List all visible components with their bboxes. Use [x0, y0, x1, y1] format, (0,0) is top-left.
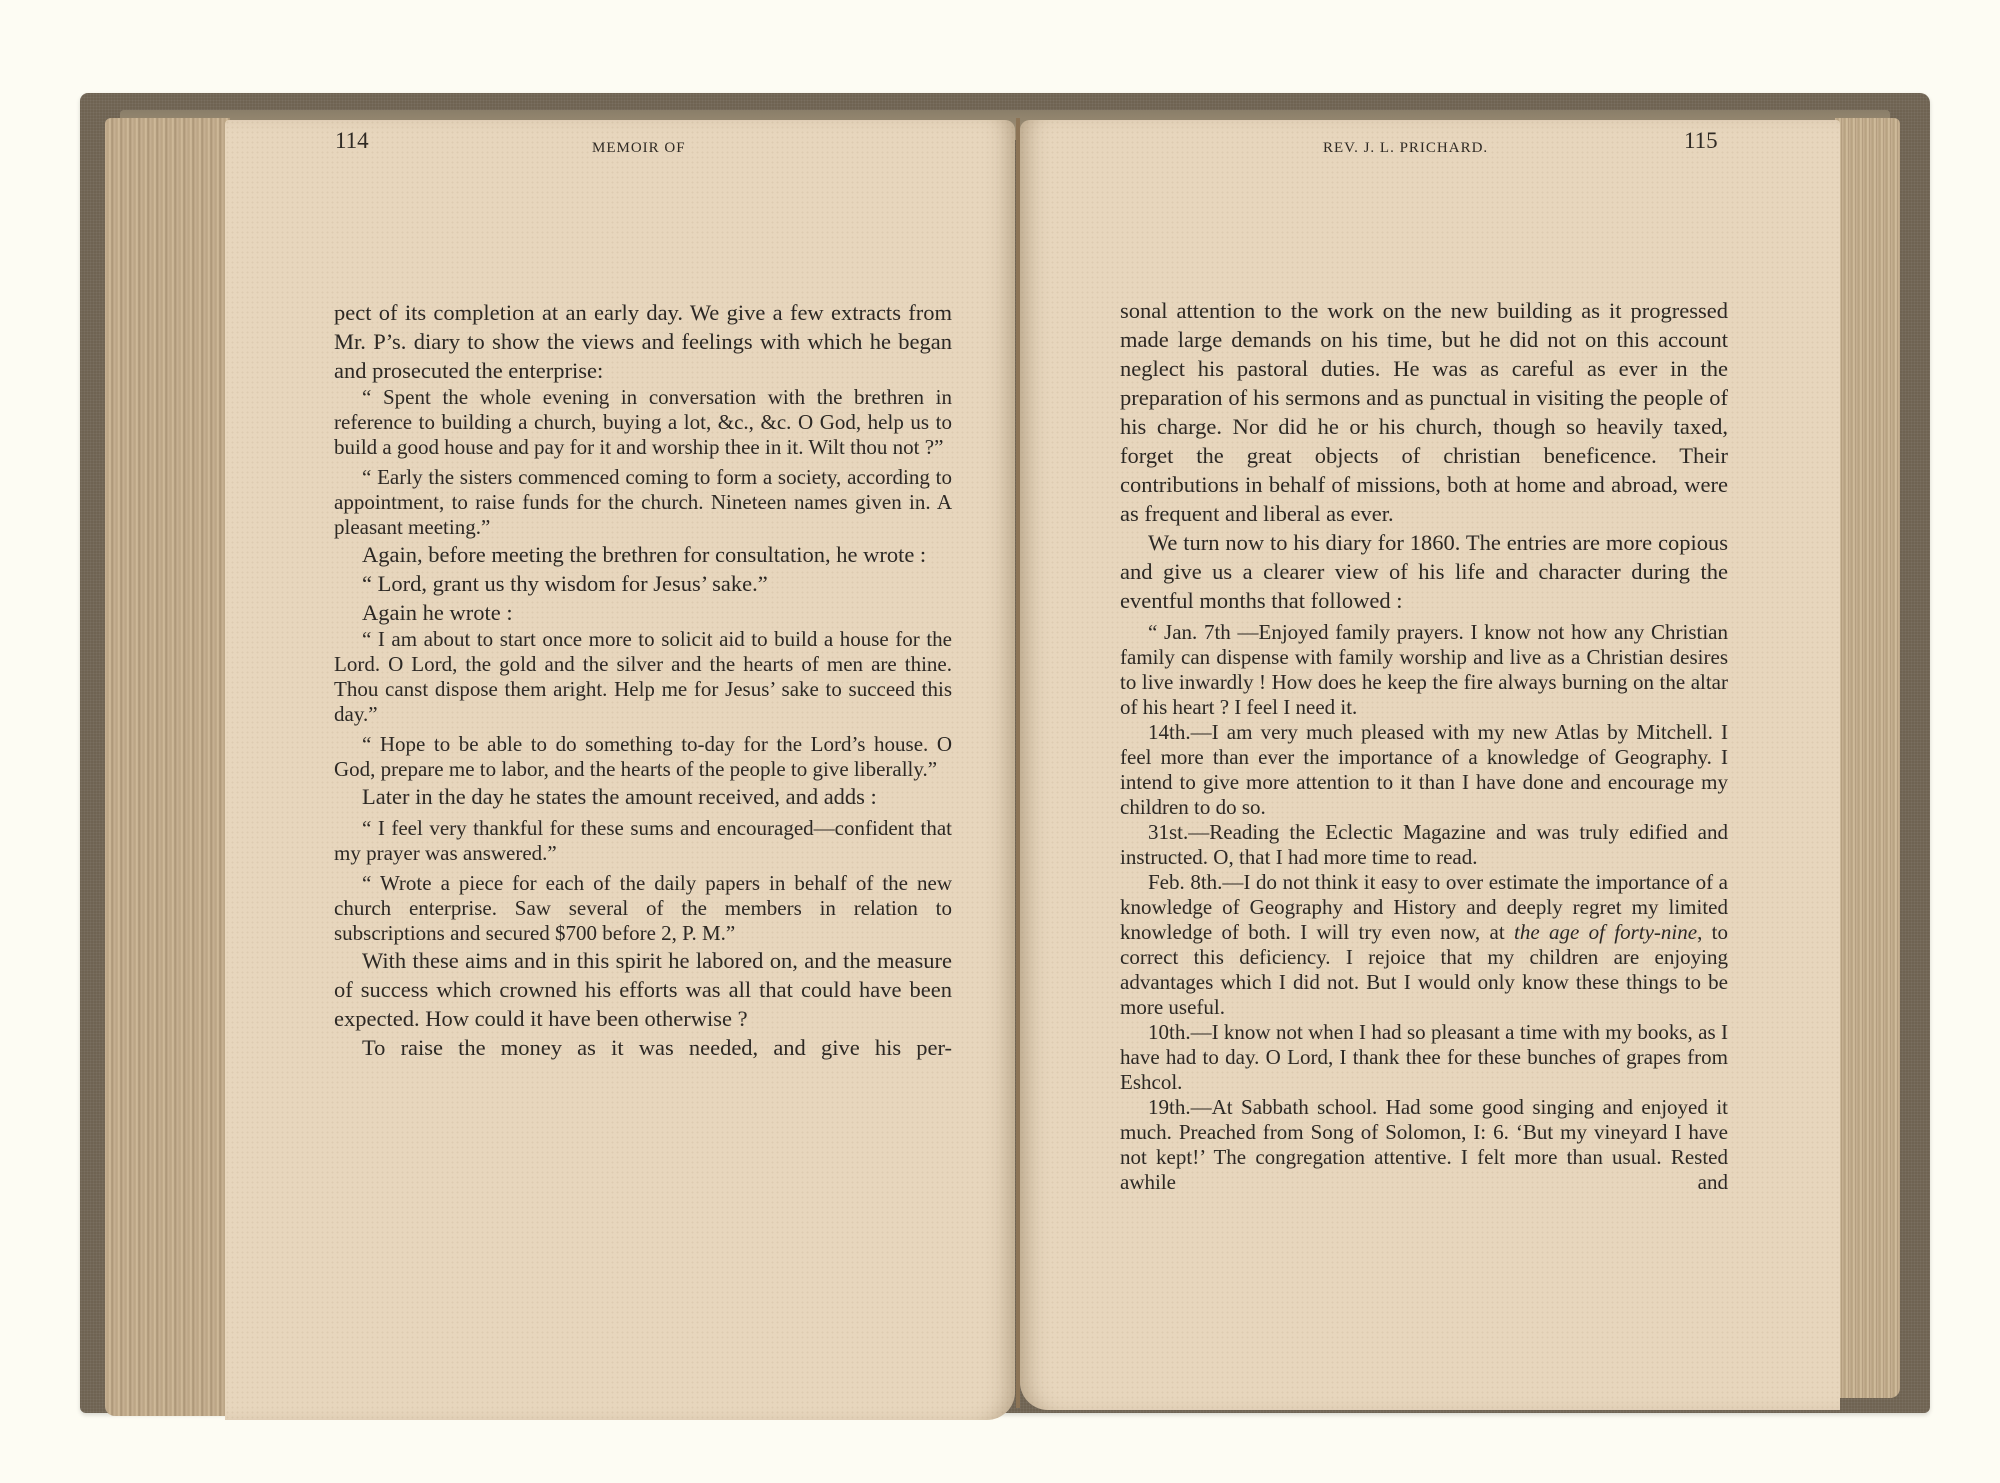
page-block-right-edge	[1835, 118, 1900, 1398]
paragraph: With these aims and in this spirit he la…	[334, 946, 952, 1033]
entry-italic-phrase: the age of forty-nine	[1514, 920, 1697, 944]
paragraph: pect of its completion at an early day. …	[334, 298, 952, 385]
paragraph: Again, before meeting the brethren for c…	[334, 540, 952, 569]
left-page-number: 114	[335, 128, 369, 154]
diary-entry-feb-10: 10th.—I know not when I had so pleasant …	[1120, 1020, 1728, 1095]
paragraph: sonal attention to the work on the new b…	[1120, 296, 1728, 528]
diary-quote: “ Lord, grant us thy wisdom for Jesus’ s…	[334, 569, 952, 598]
diary-entry-jan-31: 31st.—Reading the Eclectic Magazine and …	[1120, 820, 1728, 870]
book-gutter	[1016, 118, 1020, 1408]
left-page-body: pect of its completion at an early day. …	[334, 298, 952, 1062]
left-running-head: MEMOIR OF	[592, 140, 686, 157]
diary-quote: “ Early the sisters commenced coming to …	[334, 465, 952, 540]
paragraph: We turn now to his diary for 1860. The e…	[1120, 528, 1728, 615]
paragraph: Again he wrote :	[334, 598, 952, 627]
paragraph: To raise the money as it was needed, and…	[334, 1033, 952, 1062]
diary-entry-jan-7: “ Jan. 7th —Enjoyed family prayers. I kn…	[1120, 620, 1728, 720]
diary-quote: “ Spent the whole evening in conversatio…	[334, 385, 952, 460]
diary-quote: “ Wrote a piece for each of the daily pa…	[334, 871, 952, 946]
right-page-body: sonal attention to the work on the new b…	[1120, 296, 1728, 1195]
diary-entry-feb-8: Feb. 8th.—I do not think it easy to over…	[1120, 870, 1728, 1020]
diary-entry-feb-19: 19th.—At Sabbath school. Had some good s…	[1120, 1095, 1728, 1195]
right-page-number: 115	[1684, 128, 1718, 154]
paragraph: Later in the day he states the amount re…	[334, 782, 952, 811]
diary-quote: “ Hope to be able to do something to-day…	[334, 732, 952, 782]
diary-quote: “ I feel very thankful for these sums an…	[334, 816, 952, 866]
diary-entry-jan-14: 14th.—I am very much pleased with my new…	[1120, 720, 1728, 820]
right-running-head: REV. J. L. PRICHARD.	[1323, 140, 1488, 157]
page-block-left-edge	[105, 118, 230, 1416]
diary-quote: “ I am about to start once more to solic…	[334, 627, 952, 727]
